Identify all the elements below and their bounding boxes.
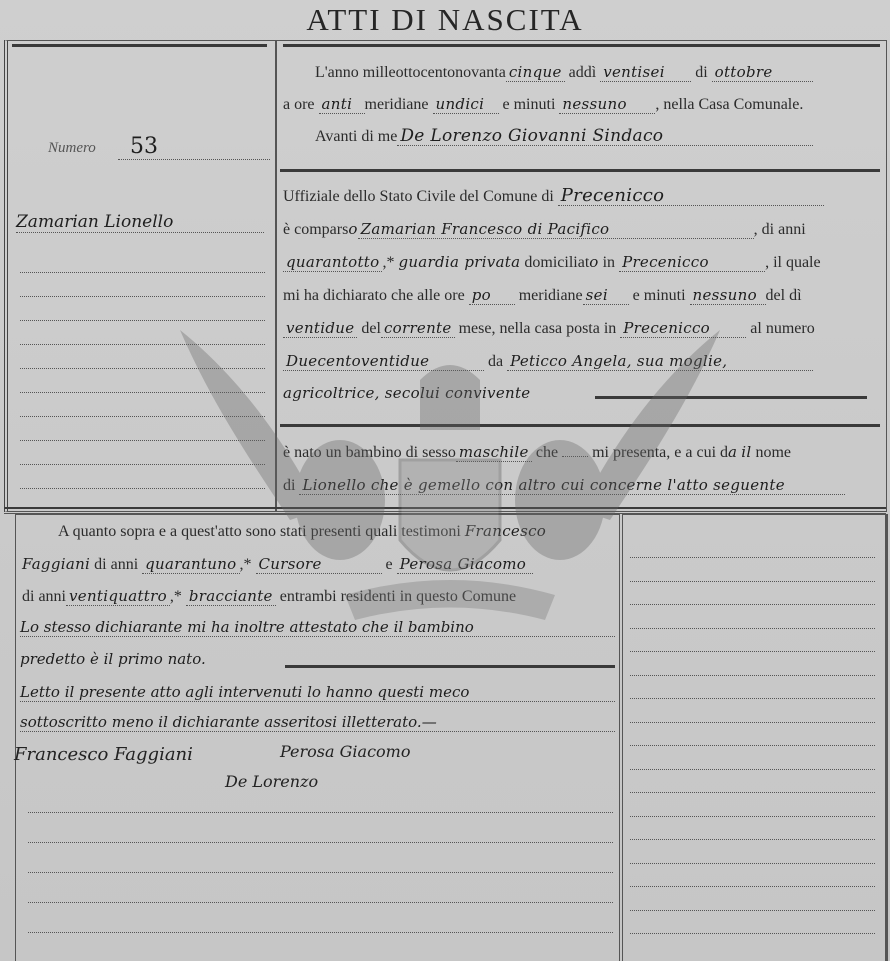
ruled-line: [20, 416, 265, 417]
nome-label: nome: [755, 444, 791, 461]
note-line-2: predetto è il primo nato.: [20, 650, 206, 668]
presenta-label: mi presenta, e a cui d: [592, 444, 728, 461]
witness-line-1: A quanto sopra e a quest'atto sono stati…: [58, 522, 546, 541]
ruled-line: [28, 902, 613, 903]
ruled-line: [630, 886, 875, 887]
ruled-line: [20, 344, 265, 345]
witness-1-age-field: quarantuno: [142, 555, 239, 574]
ruled-line: [630, 863, 875, 864]
month-field: ottobre: [712, 63, 813, 82]
act-line-2: a ore antimeridiane undici e minuti ness…: [283, 95, 803, 114]
document-page: ATTI DI NASCITA Numero 53 Zamarian Lione…: [0, 0, 890, 961]
birth-ante-post-field: po: [469, 286, 515, 305]
witness-1-job-field: Cursore: [256, 555, 382, 574]
domicile-label: domiciliat: [524, 254, 589, 271]
record-number-label: Numero: [48, 140, 96, 157]
month-ref-field: corrente: [381, 319, 455, 338]
upper-left-column: [4, 40, 277, 512]
minuti-label: e minuti: [503, 96, 556, 113]
document-title: ATTI DI NASCITA: [0, 2, 890, 38]
declarant-line-1: Uffiziale dello Stato Civile del Comune …: [283, 187, 824, 206]
child-di-label: di: [283, 477, 295, 494]
witness-2-job-field: bracciante: [186, 587, 276, 606]
del-di-label: del dì: [766, 287, 802, 304]
witness-1-first-name: Francesco: [465, 522, 546, 540]
child-line-1: è nato un bambino di sessomaschile che m…: [283, 443, 791, 462]
domicile-in-label: in: [603, 254, 615, 271]
che-label: che: [536, 444, 558, 461]
note-line-4: sottoscritto meno il dichiarante asserit…: [20, 713, 615, 732]
birth-hour-field: sei: [583, 286, 629, 305]
ruled-line: [20, 392, 265, 393]
mother-continued-field: agricoltrice, secolui convivente: [283, 384, 530, 402]
witness-1-age-label: di anni: [94, 556, 138, 573]
numero-label: al numero: [750, 320, 814, 337]
birth-minutes-field: nessuno: [690, 286, 766, 305]
declarant-line-3: quarantotto,* guardia privata domiciliat…: [283, 253, 821, 272]
ruled-line: [630, 557, 875, 558]
ruled-line: [630, 651, 875, 652]
ruled-line: [630, 910, 875, 911]
sex-field: maschile: [456, 443, 532, 462]
lower-left-column: [15, 514, 620, 961]
ufficiale-label: Uffiziale dello Stato Civile del Comune …: [283, 188, 554, 205]
che-blank: [562, 456, 588, 457]
ruled-line: [28, 812, 613, 813]
ruled-line: [630, 675, 875, 676]
note-line-1: Lo stesso dichiarante mi ha inoltre atte…: [20, 618, 615, 637]
upper-left-top-rule: [12, 44, 267, 47]
ruled-line: [630, 839, 875, 840]
age-label: , di anni: [754, 221, 806, 238]
ruled-line: [630, 722, 875, 723]
witness-2-age-label: di anni: [22, 588, 66, 605]
ruled-line: [28, 932, 613, 933]
dichiarato-label: mi ha dichiarato che alle ore: [283, 287, 465, 304]
witness-2-age-field: ventiquattro: [66, 587, 170, 606]
ruled-line: [630, 581, 875, 582]
comparso-label: è compars: [283, 221, 348, 238]
sesso-label: è nato un bambino di sesso: [283, 444, 456, 461]
ruled-line: [630, 604, 875, 605]
year-suffix: cinque: [506, 63, 565, 82]
e-label: e: [386, 556, 393, 573]
birth-line-4: agricoltrice, secolui convivente: [283, 384, 530, 403]
section-divider: [4, 507, 886, 514]
witness-line-3: di anniventiquattro,* bracciante entramb…: [22, 587, 516, 606]
birth-day-field: ventidue: [283, 319, 357, 338]
child-line-2: di Lionello che è gemello con altro cui …: [283, 476, 845, 495]
year-prefix: L'anno milleottocentonovanta: [315, 64, 506, 81]
day-field: ventisei: [600, 63, 691, 82]
ruled-line: [630, 816, 875, 817]
domicile-gender: o: [589, 253, 598, 271]
margin-name: Zamarian Lionello: [16, 212, 264, 233]
meridiane-label: meridiane: [365, 96, 429, 113]
comparso-gender: o: [348, 220, 357, 238]
ruled-line: [20, 296, 265, 297]
ruled-line: [630, 628, 875, 629]
child-name-field: Lionello che è gemello con altro cui con…: [299, 476, 845, 495]
ore-label: a ore: [283, 96, 315, 113]
birth-minuti-label: e minuti: [633, 287, 686, 304]
birth-line-2: ventidue delcorrente mese, nella casa po…: [283, 319, 815, 338]
birth-meridiane-label: meridiane: [519, 287, 583, 304]
ruled-line: [20, 368, 265, 369]
residents-label: entrambi residenti in questo Comune: [280, 588, 516, 605]
avanti-label: Avanti di me: [315, 128, 397, 145]
upper-right-top-rule: [283, 44, 880, 47]
da-suffix: a: [728, 443, 737, 461]
ruled-line: [630, 792, 875, 793]
signature-officer: De Lorenzo: [225, 772, 318, 791]
witness-intro: A quanto sopra e a quest'atto sono stati…: [58, 523, 461, 540]
ruled-line: [20, 464, 265, 465]
di-label: di: [695, 64, 707, 81]
declarant-age-field: quarantotto: [283, 253, 382, 272]
ruled-line: [630, 933, 875, 934]
act-line-3: Avanti di meDe Lorenzo Giovanni Sindaco: [315, 127, 813, 146]
act-line-1: L'anno milleottocentonovantacinque addì …: [315, 63, 813, 82]
casa-comunale-label: , nella Casa Comunale.: [655, 96, 803, 113]
record-number: 53: [118, 134, 270, 160]
ruled-line: [20, 320, 265, 321]
note-line-3: Letto il presente atto agli intervenuti …: [20, 683, 615, 702]
signature-witness-2: Perosa Giacomo: [280, 742, 410, 761]
signature-witness-1: Francesco Faggiani: [14, 744, 193, 765]
birth-line-1: mi ha dichiarato che alle ore po meridia…: [283, 286, 802, 305]
ante-post-field: anti: [319, 95, 365, 114]
il-field: il: [741, 443, 751, 461]
addi-label: addì: [569, 64, 597, 81]
witness-1-last-name: Faggiani: [22, 555, 90, 573]
ruled-line: [20, 272, 265, 273]
quale-label: , il quale: [765, 254, 821, 271]
ruled-line: [20, 440, 265, 441]
domicile-field: Precenicco: [619, 253, 765, 272]
witness-line-2: Faggiani di anni quarantuno,* Cursore e …: [22, 555, 533, 574]
minutes-field: nessuno: [559, 95, 655, 114]
birth-place-field: Precenicco: [620, 319, 746, 338]
act-divider-1: [280, 169, 880, 172]
hour-field: undici: [433, 95, 499, 114]
mother-field: Peticco Angela, sua moglie,: [507, 352, 813, 371]
ruled-line: [630, 769, 875, 770]
birth-line-3: Duecentoventidue da Peticco Angela, sua …: [283, 352, 813, 371]
ruled-line: [28, 842, 613, 843]
act-divider-2: [280, 424, 880, 427]
comune-field: Precenicco: [558, 187, 824, 206]
del-label: del: [361, 320, 381, 337]
officer-field: De Lorenzo Giovanni Sindaco: [397, 127, 813, 146]
ruled-line: [630, 745, 875, 746]
casa-posta-label: mese, nella casa posta in: [459, 320, 617, 337]
ruled-line: [28, 872, 613, 873]
note-closing-rule: [285, 665, 615, 668]
witness-2-name-field: Perosa Giacomo: [397, 555, 533, 574]
da-label: da: [488, 353, 503, 370]
house-number-field: Duecentoventidue: [283, 352, 484, 371]
ruled-line: [20, 488, 265, 489]
declarant-line-2: è comparsoZamarian Francesco di Pacifico…: [283, 220, 806, 239]
mother-closing-rule: [595, 396, 867, 399]
ruled-line: [630, 698, 875, 699]
declarant-name-field: Zamarian Francesco di Pacifico: [358, 220, 754, 239]
declarant-profession-field: guardia privata: [398, 253, 520, 271]
